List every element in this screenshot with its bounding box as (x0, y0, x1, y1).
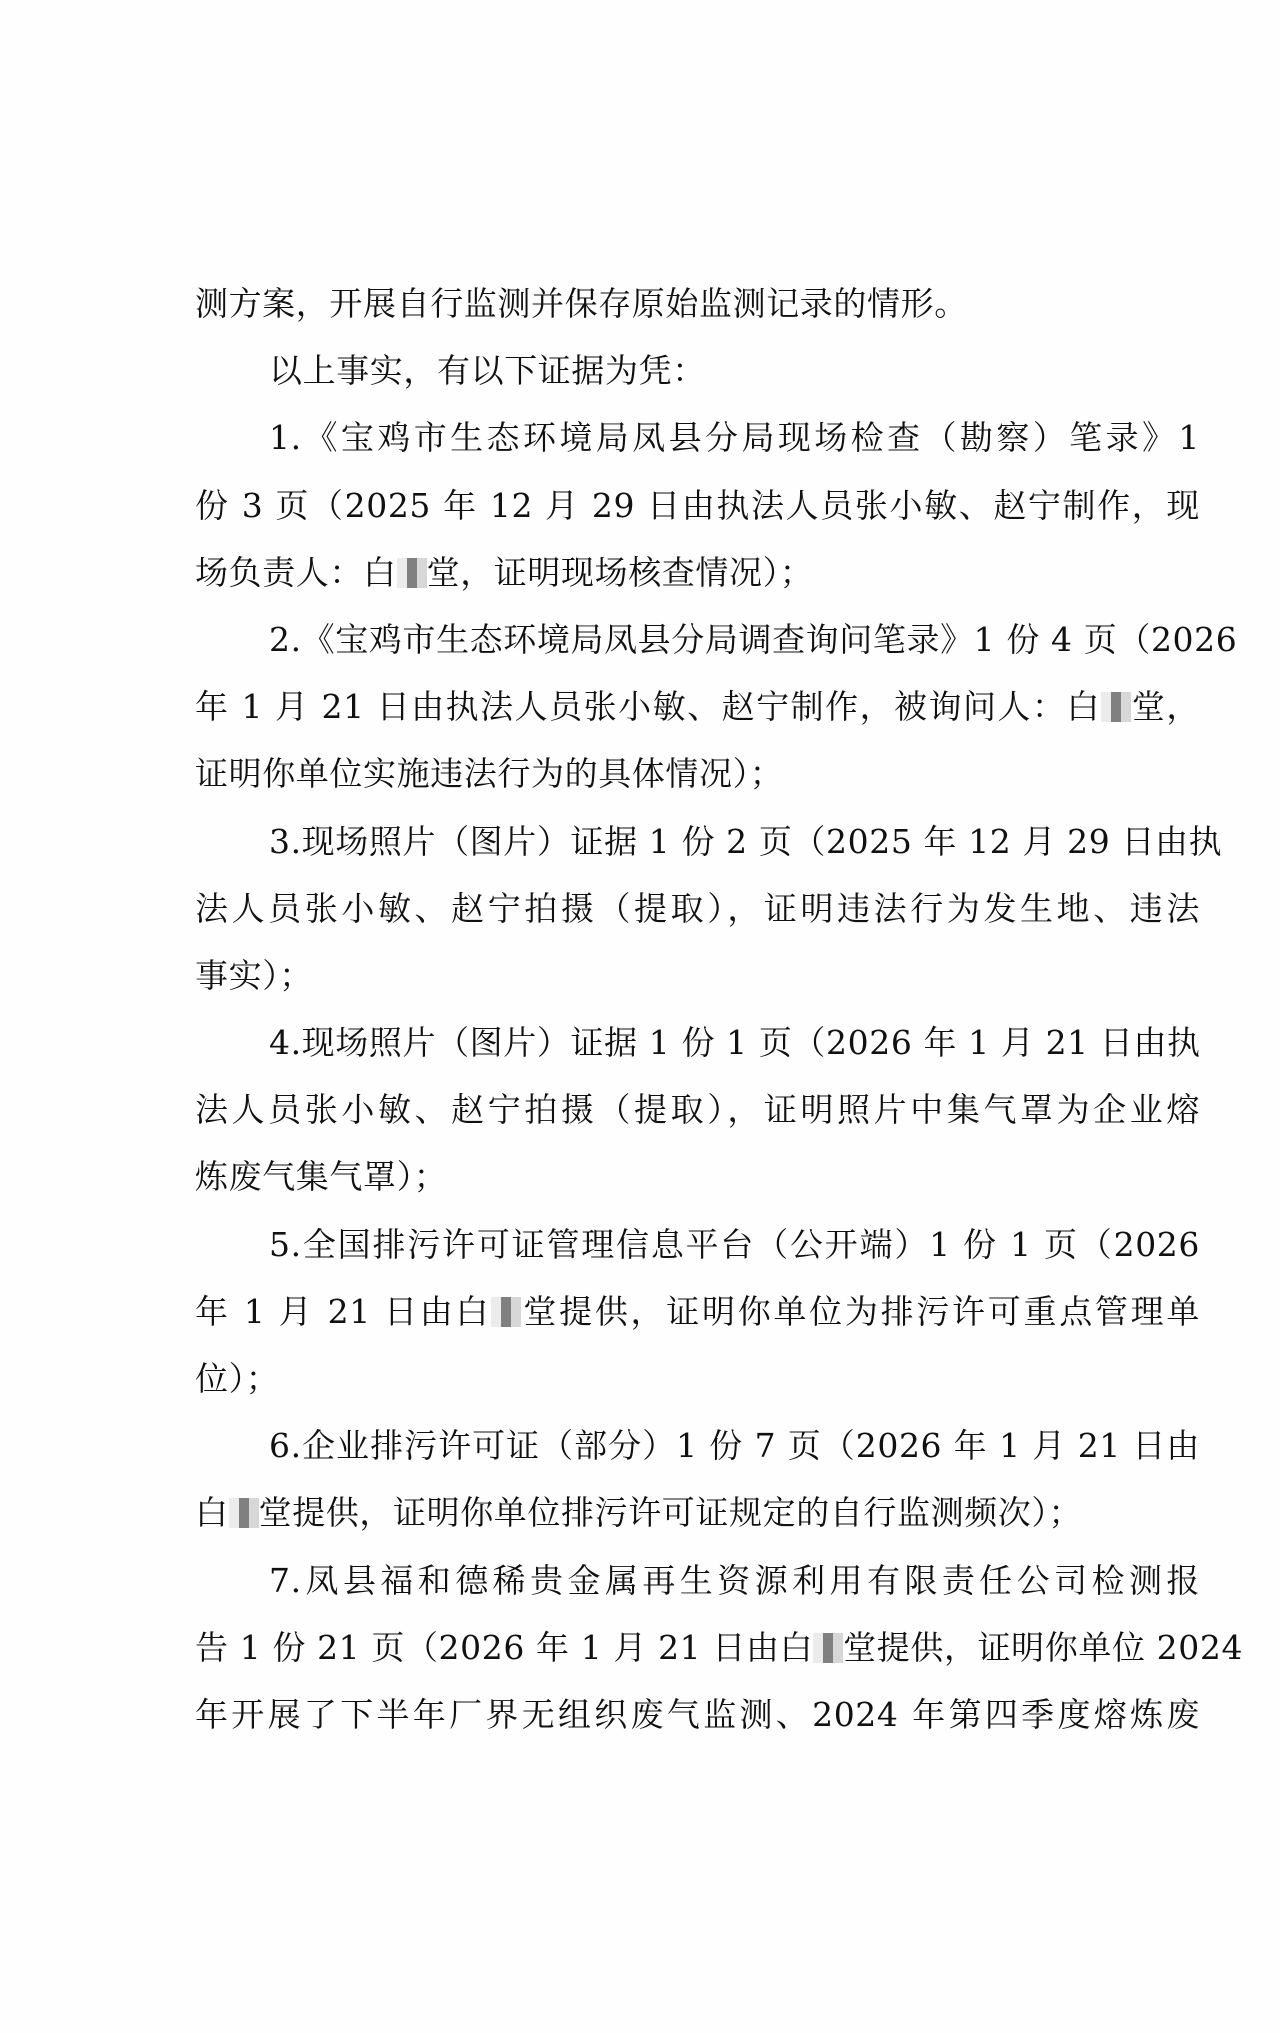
paragraph-line: 测方案，开展自行监测并保存原始监测记录的情形。 (195, 270, 1200, 337)
text: 1.《宝鸡市生态环境局凤县分局现场检查（勘察）笔录》1 (269, 418, 1200, 457)
redacted-name-mosaic (229, 1498, 259, 1528)
text: 以上事实，有以下证据为凭： (269, 351, 706, 390)
text: 年 1 月 21 日由白 (195, 1292, 491, 1331)
evidence-item-1: 1.《宝鸡市生态环境局凤县分局现场检查（勘察）笔录》1 (195, 404, 1200, 471)
redacted-name-mosaic (397, 558, 427, 588)
evidence-item-4-cont: 法人员张小敏、赵宁拍摄（提取），证明照片中集气罩为企业熔 (195, 1076, 1200, 1143)
evidence-item-4-cont: 炼废气集气罩）； (195, 1143, 1200, 1210)
evidence-item-7-cont: 告 1 份 21 页（2026 年 1 月 21 日由白堂提供，证明你单位 20… (195, 1614, 1200, 1681)
evidence-item-3-cont: 事实）； (195, 942, 1200, 1009)
evidence-item-1-cont: 份 3 页（2025 年 12 月 29 日由执法人员张小敏、赵宁制作，现 (195, 472, 1200, 539)
text: 6.企业排污许可证（部分）1 份 7 页（2026 年 1 月 21 日由 (269, 1426, 1200, 1465)
text: 白 (195, 1493, 229, 1532)
redacted-name-mosaic (813, 1633, 843, 1663)
text: 堂提供，证明你单位 2024 (843, 1628, 1243, 1667)
evidence-item-7: 7.凤县福和德稀贵金属再生资源利用有限责任公司检测报 (195, 1547, 1200, 1614)
document-body: 测方案，开展自行监测并保存原始监测记录的情形。 以上事实，有以下证据为凭： 1.… (195, 270, 1200, 1748)
evidence-item-7-cont: 年开展了下半年厂界无组织废气监测、2024 年第四季度熔炼废 (195, 1681, 1200, 1748)
text: 份 3 页（2025 年 12 月 29 日由执法人员张小敏、赵宁制作，现 (195, 486, 1200, 525)
text: 堂提供，证明你单位排污许可证规定的自行监测频次）； (259, 1493, 1083, 1532)
text: 法人员张小敏、赵宁拍摄（提取），证明照片中集气罩为企业熔 (195, 1090, 1200, 1129)
evidence-item-5-cont: 年 1 月 21 日由白堂提供，证明你单位为排污许可重点管理单 (195, 1278, 1200, 1345)
text: 事实）； (195, 956, 313, 995)
text: 4.现场照片（图片）证据 1 份 1 页（2026 年 1 月 21 日由执 (269, 1023, 1201, 1062)
text: 堂提供，证明你单位为排污许可重点管理单 (521, 1292, 1200, 1331)
document-page: 测方案，开展自行监测并保存原始监测记录的情形。 以上事实，有以下证据为凭： 1.… (0, 0, 1280, 2033)
evidence-item-5: 5.全国排污许可证管理信息平台（公开端）1 份 1 页（2026 (195, 1211, 1200, 1278)
text: 测方案，开展自行监测并保存原始监测记录的情形。 (195, 284, 968, 323)
evidence-item-5-cont: 位）； (195, 1345, 1200, 1412)
evidence-item-2: 2.《宝鸡市生态环境局凤县分局调查询问笔录》1 份 4 页（2026 (195, 606, 1200, 673)
redacted-name-mosaic (491, 1297, 521, 1327)
evidence-item-1-cont: 场负责人：白堂，证明现场核查情况）； (195, 539, 1200, 606)
text: 堂，证明现场核查情况）； (427, 553, 814, 592)
text: 7.凤县福和德稀贵金属再生资源利用有限责任公司检测报 (269, 1561, 1200, 1600)
text: 2.《宝鸡市生态环境局凤县分局调查询问笔录》1 份 4 页（2026 (269, 620, 1237, 659)
evidence-intro: 以上事实，有以下证据为凭： (195, 337, 1200, 404)
text: 告 1 份 21 页（2026 年 1 月 21 日由白 (195, 1628, 813, 1667)
text: 炼废气集气罩）； (195, 1157, 447, 1196)
text: 位）； (195, 1359, 279, 1398)
text: 证明你单位实施违法行为的具体情况）； (195, 754, 783, 793)
evidence-item-6: 6.企业排污许可证（部分）1 份 7 页（2026 年 1 月 21 日由 (195, 1412, 1200, 1479)
text: 年 1 月 21 日由执法人员张小敏、赵宁制作，被询问人：白 (195, 687, 1101, 726)
evidence-item-2-cont: 年 1 月 21 日由执法人员张小敏、赵宁制作，被询问人：白堂， (195, 673, 1200, 740)
evidence-item-6-cont: 白堂提供，证明你单位排污许可证规定的自行监测频次）； (195, 1479, 1200, 1546)
evidence-item-2-cont: 证明你单位实施违法行为的具体情况）； (195, 740, 1200, 807)
text: 3.现场照片（图片）证据 1 份 2 页（2025 年 12 月 29 日由执 (269, 822, 1222, 861)
evidence-item-4: 4.现场照片（图片）证据 1 份 1 页（2026 年 1 月 21 日由执 (195, 1009, 1200, 1076)
text: 5.全国排污许可证管理信息平台（公开端）1 份 1 页（2026 (269, 1225, 1200, 1264)
text: 场负责人：白 (195, 553, 397, 592)
evidence-item-3-cont: 法人员张小敏、赵宁拍摄（提取），证明违法行为发生地、违法 (195, 875, 1200, 942)
text: 法人员张小敏、赵宁拍摄（提取），证明违法行为发生地、违法 (195, 889, 1200, 928)
text: 堂， (1131, 687, 1200, 726)
text: 年开展了下半年厂界无组织废气监测、2024 年第四季度熔炼废 (195, 1695, 1200, 1734)
redacted-name-mosaic (1101, 692, 1131, 722)
evidence-item-3: 3.现场照片（图片）证据 1 份 2 页（2025 年 12 月 29 日由执 (195, 808, 1200, 875)
